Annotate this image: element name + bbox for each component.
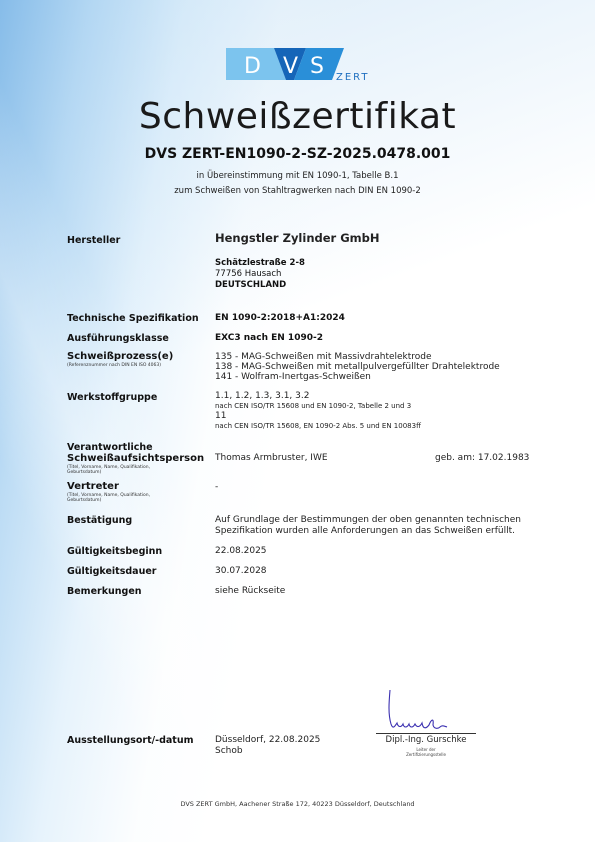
signatory-name: Dipl.-Ing. Gurschke [376, 735, 476, 745]
svg-text:S: S [310, 54, 324, 79]
label-execution-class: Ausführungsklasse [67, 333, 169, 344]
subtitle-scope: zum Schweißen von Stahltragwerken nach D… [0, 186, 595, 196]
issue-clerk: Schob [215, 746, 243, 757]
subtitle-conformity: in Übereinstimmung mit EN 1090-1, Tabell… [0, 171, 595, 181]
label-responsible-line2: Schweißaufsichtsperson [67, 453, 204, 464]
confirmation-line1: Auf Grundlage der Bestimmungen der oben … [215, 515, 521, 526]
signature-scribble [376, 690, 486, 734]
signatory-role: Leiter der Zertifizierungsstelle [376, 747, 476, 757]
label-valid-from: Gültigkeitsbeginn [67, 546, 162, 557]
manufacturer-name: Hengstler Zylinder GmbH [215, 233, 380, 244]
issue-place-date: Düsseldorf, 22.08.2025 [215, 735, 320, 746]
signature-line [376, 733, 476, 734]
confirmation-line2: Spezifikation wurden alle Anforderungen … [215, 526, 515, 537]
document-title: Schweißzertifikat [0, 96, 595, 137]
responsible-person-value: Thomas Armbruster, IWE [215, 453, 328, 464]
manufacturer-street: Schätzlestraße 2-8 [215, 258, 305, 269]
svg-text:V: V [283, 54, 298, 79]
technical-spec-value: EN 1090-2:2018+A1:2024 [215, 313, 345, 324]
material-group-2-ref: nach CEN ISO/TR 15608, EN 1090-2 Abs. 5 … [215, 422, 421, 431]
deputy-note-line2: Geburtsdatum) [67, 498, 101, 503]
label-issue-place-date: Ausstellungsort/-datum [67, 735, 193, 746]
material-group-1-ref: nach CEN ISO/TR 15608 und EN 1090-2, Tab… [215, 402, 411, 411]
label-confirmation: Bestätigung [67, 515, 132, 526]
welding-process-note: (Referenznummer nach DIN EN ISO 4063) [67, 363, 161, 368]
deputy-value: - [215, 482, 218, 493]
label-deputy: Vertreter [67, 481, 119, 492]
material-group-2: 11 [215, 411, 226, 422]
label-material-group: Werkstoffgruppe [67, 392, 157, 403]
label-technical-spec: Technische Spezifikation [67, 313, 199, 324]
welding-process-141: 141 - Wolfram-Inertgas-Schweißen [215, 372, 371, 383]
execution-class-value: EXC3 nach EN 1090-2 [215, 333, 323, 344]
dvs-zert-logo: D V S ZERT [226, 46, 376, 82]
label-remarks: Bemerkungen [67, 586, 142, 597]
certificate-number: DVS ZERT-EN1090-2-SZ-2025.0478.001 [0, 146, 595, 162]
label-responsible-line1: Verantwortliche [67, 442, 153, 453]
label-welding-process: Schweißprozess(e) [67, 351, 173, 362]
logo-graphic: D V S ZERT [226, 46, 376, 82]
manufacturer-city: 77756 Hausach [215, 269, 281, 280]
signatory-role-line2: Zertifizierungsstelle [376, 752, 476, 757]
svg-text:ZERT: ZERT [336, 72, 370, 82]
svg-text:D: D [244, 54, 261, 79]
footer-address: DVS ZERT GmbH, Aachener Straße 172, 4022… [0, 800, 595, 808]
remarks-value: siehe Rückseite [215, 586, 285, 597]
responsible-birthdate: geb. am: 17.02.1983 [435, 453, 529, 464]
valid-from-value: 22.08.2025 [215, 546, 267, 557]
signature-block: Dipl.-Ing. Gurschke Leiter der Zertifizi… [376, 690, 496, 765]
label-manufacturer: Hersteller [67, 235, 120, 246]
label-valid-until: Gültigkeitsdauer [67, 566, 156, 577]
valid-until-value: 30.07.2028 [215, 566, 267, 577]
manufacturer-country: DEUTSCHLAND [215, 280, 286, 291]
material-group-1: 1.1, 1.2, 1.3, 3.1, 3.2 [215, 391, 309, 402]
responsible-note-line2: Geburtsdatum) [67, 470, 101, 475]
